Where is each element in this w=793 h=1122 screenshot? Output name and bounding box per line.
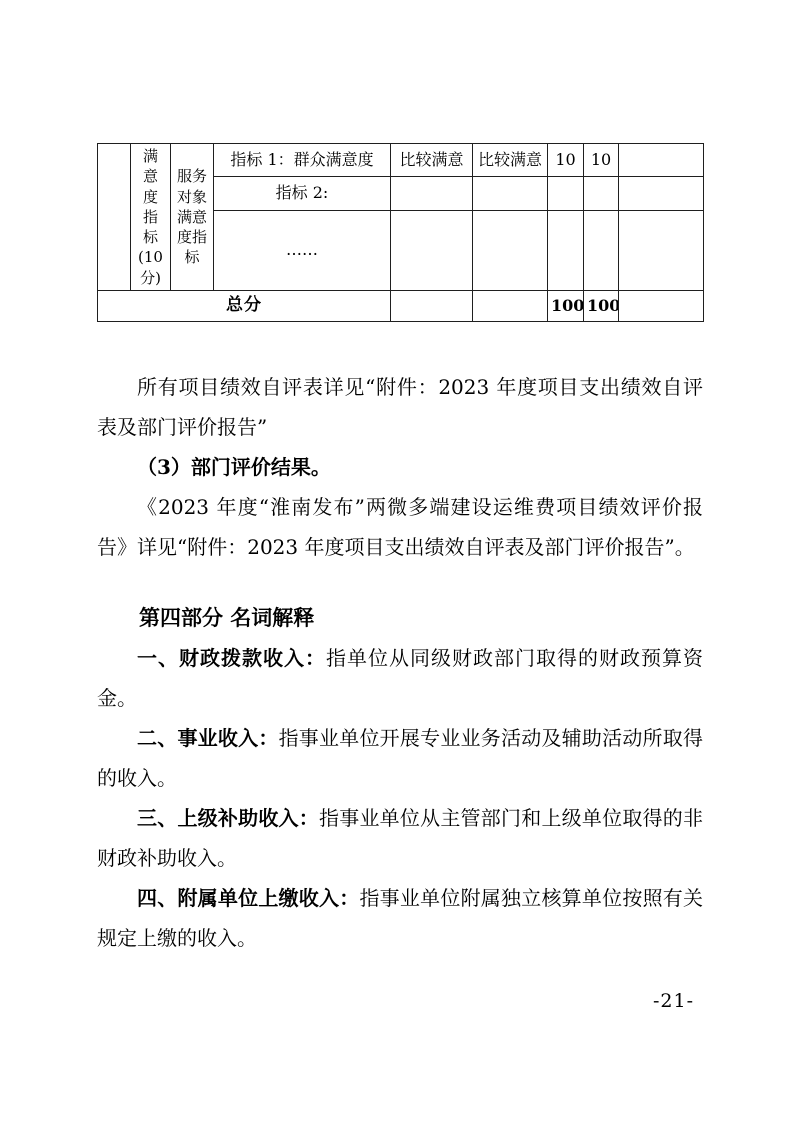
page-number: -21- xyxy=(653,990,694,1012)
table-cell-target xyxy=(391,210,473,290)
table-total-row: 总分 100 100 xyxy=(98,290,704,321)
table-cell-note xyxy=(619,144,704,177)
table-cell-score-self xyxy=(584,210,619,290)
table-cell-total-score-self: 100 xyxy=(584,290,619,321)
term-item: 四、附属单位上缴收入：指事业单位附属独立核算单位按照有关规定上缴的收入。 xyxy=(97,878,703,958)
term-name: 一、财政拨款收入： xyxy=(137,646,326,670)
table-cell-left-spacer xyxy=(98,144,131,291)
table-cell-total-target xyxy=(391,290,473,321)
paragraph-report-reference: 《2023 年度“淮南发布”两微多端建设运维费项目绩效评价报告》详见“附件：20… xyxy=(97,487,703,567)
section-heading-part4: 第四部分 名词解释 xyxy=(97,598,703,638)
term-item: 一、财政拨款收入：指单位从同级财政部门取得的财政预算资金。 xyxy=(97,638,703,718)
table-cell-note xyxy=(619,176,704,210)
table-cell-target: 比较满意 xyxy=(391,144,473,177)
term-item: 二、事业收入：指事业单位开展专业业务活动及辅助活动所取得的收入。 xyxy=(97,718,703,798)
term-name: 二、事业收入： xyxy=(137,726,279,750)
satisfaction-score-table: 满 意 度 指 标 (10 分) 服务 对象 满意 度指 标 指标 1：群众满意… xyxy=(97,143,704,322)
table-cell-total-label: 总分 xyxy=(98,290,391,321)
table-cell-total-actual xyxy=(473,290,548,321)
term-item: 三、上级补助收入：指事业单位从主管部门和上级单位取得的非财政补助收入。 xyxy=(97,798,703,878)
table-cell-subcategory-label: 服务 对象 满意 度指 标 xyxy=(171,144,214,291)
table-cell-indicator: …… xyxy=(214,210,391,290)
table-cell-total-score-full: 100 xyxy=(548,290,584,321)
paragraph-attachment-reference: 所有项目绩效自评表详见“附件：2023 年度项目支出绩效自评表及部门评价报告” xyxy=(97,367,703,447)
table-cell-total-note xyxy=(619,290,704,321)
document-body: 所有项目绩效自评表详见“附件：2023 年度项目支出绩效自评表及部门评价报告” … xyxy=(97,367,703,958)
table-cell-target xyxy=(391,176,473,210)
table-cell-indicator: 指标 2: xyxy=(214,176,391,210)
table-cell-indicator: 指标 1：群众满意度 xyxy=(214,144,391,177)
term-name: 四、附属单位上缴收入： xyxy=(137,886,359,910)
term-name: 三、上级补助收入： xyxy=(137,806,319,830)
document-page: 满 意 度 指 标 (10 分) 服务 对象 满意 度指 标 指标 1：群众满意… xyxy=(0,0,793,1122)
table-cell-score-self xyxy=(584,176,619,210)
table-cell-note xyxy=(619,210,704,290)
table-cell-score-full xyxy=(548,176,584,210)
table-cell-actual xyxy=(473,210,548,290)
table-row: 满 意 度 指 标 (10 分) 服务 对象 满意 度指 标 指标 1：群众满意… xyxy=(98,144,704,177)
table-cell-category-label: 满 意 度 指 标 (10 分) xyxy=(131,144,171,291)
table-cell-score-full: 10 xyxy=(548,144,584,177)
table-cell-score-self: 10 xyxy=(584,144,619,177)
table-cell-score-full xyxy=(548,210,584,290)
table-cell-actual: 比较满意 xyxy=(473,144,548,177)
table-cell-actual xyxy=(473,176,548,210)
sub-heading-department-evaluation: （3）部门评价结果。 xyxy=(97,447,703,487)
